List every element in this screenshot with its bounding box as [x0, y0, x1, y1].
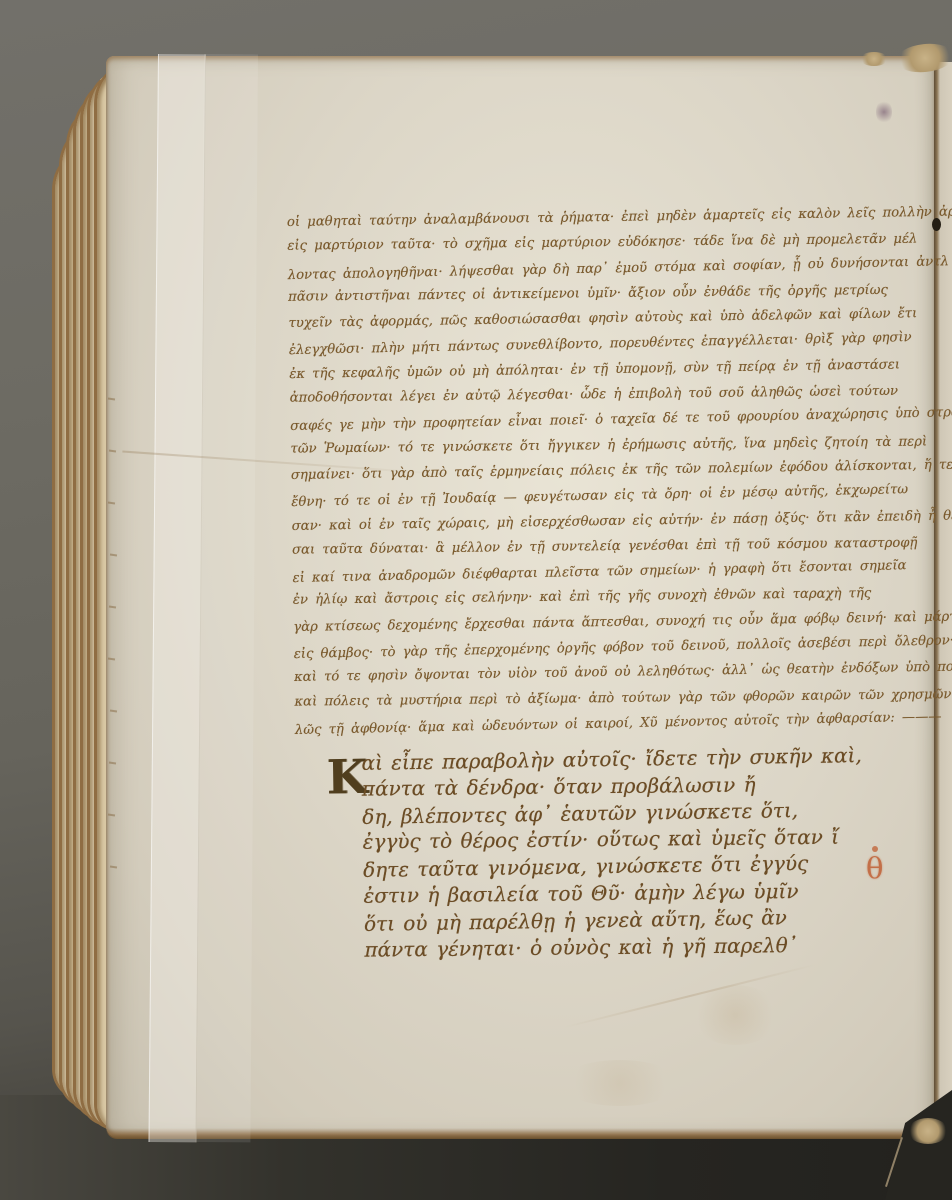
- commentary-text-block: οἱ μαθηταὶ ταύτην ἀναλαμβάνουσι τὰ ῥήματ…: [287, 201, 895, 742]
- gospel-line: πάντα γένηται· ὁ οὐνὸς καὶ ἡ γῆ παρελθ᾽: [364, 931, 854, 963]
- manuscript-photo: οἱ μαθηταὶ ταύτην ἀναλαμβάνουσι τὰ ῥήματ…: [0, 0, 952, 1200]
- marginal-theta-mark: θ: [862, 846, 896, 890]
- gospel-line: ἐστιν ἡ βασιλεία τοῦ Θῦ· ἀμὴν λέγω ὑμῖν: [363, 877, 853, 909]
- gospel-text-block: αὶ εἶπε παραβολὴν αὐτοῖς· ἴδετε τὴν συκῆ…: [361, 742, 854, 964]
- gospel-line: ἐγγὺς τὸ θέρος ἐστίν· οὕτως καὶ ὑμεῖς ὅτ…: [363, 824, 853, 856]
- handwritten-text-layer: οἱ μαθηταὶ ταύτην ἀναλαμβάνουσι τὰ ῥήματ…: [0, 0, 952, 1200]
- gospel-line: πάντα τὰ δένδρα· ὅταν προβάλωσιν ἤ: [362, 770, 852, 802]
- theta-glyph: θ: [866, 854, 883, 883]
